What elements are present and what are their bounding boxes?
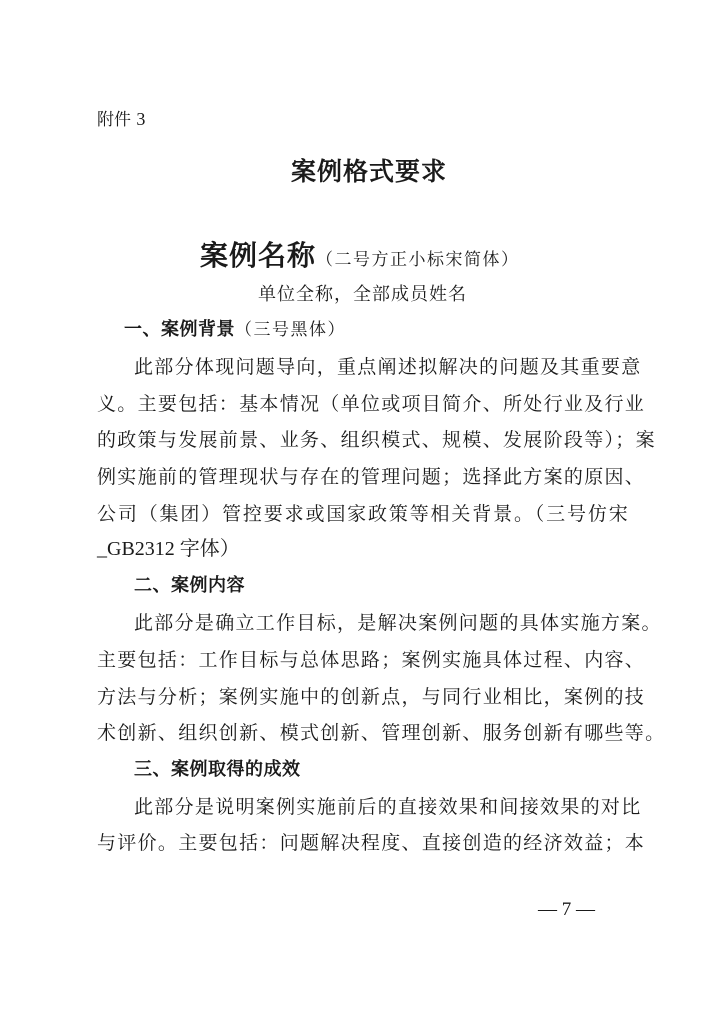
attachment-label: 附件 3 [97, 107, 145, 132]
paragraph-line: 方法与分析；案例实施中的创新点，与同行业相比，案例的技 [97, 685, 629, 709]
attachment-text: 附件 [97, 110, 131, 130]
paragraph-line: _GB2312 字体） [97, 537, 629, 561]
paragraph-line: 此部分体现问题导向，重点阐述拟解决的问题及其重要意 [134, 355, 629, 379]
paragraph-line: 此部分是确立工作目标，是解决案例问题的具体实施方案。 [134, 611, 629, 635]
section-heading-note: （三号黑体） [235, 320, 346, 340]
case-name-title: 案例名称 [200, 239, 316, 272]
document-page: 附件 3 案例格式要求 案例名称（二号方正小标宋简体） 单位全称，全部成员姓名 … [0, 0, 724, 1024]
page-number: — 7 — [538, 898, 595, 922]
attachment-number: 3 [136, 109, 145, 129]
section-heading-text: 一、案例背景 [124, 319, 235, 340]
paragraph-line: 与评价。主要包括：问题解决程度、直接创造的经济效益；本 [97, 831, 629, 855]
document-title: 案例格式要求 [0, 156, 724, 188]
section-heading-content: 二、案例内容 [134, 574, 245, 598]
case-name-note: （二号方正小标宋简体） [316, 250, 520, 270]
paragraph-line: 的政策与发展前景、业务、组织模式、规模、发展阶段等）；案 [97, 428, 629, 452]
paragraph-line: 公司（集团）管控要求或国家政策等相关背景。（三号仿宋 [97, 502, 629, 526]
section-heading-results: 三、案例取得的成效 [134, 758, 301, 782]
paragraph-line: 例实施前的管理现状与存在的管理问题；选择此方案的原因、 [97, 465, 629, 489]
paragraph-line: 此部分是说明案例实施前后的直接效果和间接效果的对比 [134, 795, 629, 819]
paragraph-line: 术创新、组织创新、模式创新、管理创新、服务创新有哪些等。 [97, 721, 629, 745]
paragraph-line: 义。主要包括：基本情况（单位或项目简介、所处行业及行业 [97, 392, 629, 416]
authors-line: 单位全称，全部成员姓名 [258, 283, 467, 307]
case-name-line: 案例名称（二号方正小标宋简体） [200, 238, 520, 278]
paragraph-line: 主要包括：工作目标与总体思路；案例实施具体过程、内容、 [97, 648, 629, 672]
section-heading-background: 一、案例背景（三号黑体） [124, 318, 346, 342]
